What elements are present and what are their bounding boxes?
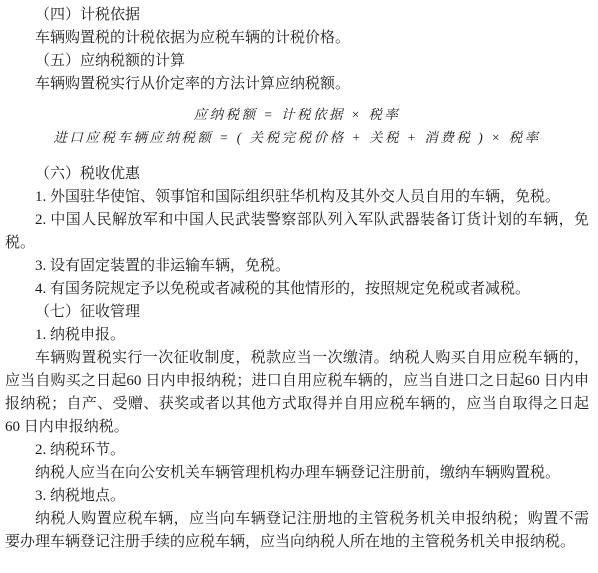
paragraph-ad-valorem-method: 车辆购置税实行从价定率的方法计算应纳税额。	[5, 73, 589, 96]
paragraph-exemption-item-3-fixed-device-vehicles: 3. 设有固定装置的非运输车辆，免税。	[5, 255, 589, 278]
section-heading-tax-incentives: （六）税收优惠	[5, 163, 589, 186]
paragraph-exemption-item-2-military: 2. 中国人民解放军和中国人民武装警察部队列入军队武器装备订货计划的车辆，免税。	[5, 209, 589, 255]
paragraph-item-2-taxation-stage-title: 2. 纳税环节。	[5, 439, 589, 462]
formula-block: 应纳税额 = 计税依据 × 税率 进口应税车辆应纳税额 = ( 关税完税价格 +…	[5, 96, 589, 163]
paragraph-item-3-tax-location-title: 3. 纳税地点。	[5, 485, 589, 508]
paragraph-exemption-item-4-state-council: 4. 有国务院规定予以免税或者减税的其他情形的，按照规定免税或者减税。	[5, 278, 589, 301]
paragraph-item-1-tax-declaration-title: 1. 纳税申报。	[5, 324, 589, 347]
paragraph-taxation-stage-detail: 纳税人应当在向公安机关车辆管理机构办理车辆登记注册前，缴纳车辆购置税。	[5, 462, 589, 485]
formula-imported-vehicle-tax-payable: 进口应税车辆应纳税额 = ( 关税完税价格 + 关税 + 消费税 ) × 税率	[5, 126, 589, 149]
formula-tax-payable: 应纳税额 = 计税依据 × 税率	[5, 103, 589, 126]
paragraph-tax-declaration-detail: 车辆购置税实行一次征收制度，税款应当一次缴清。纳税人购买自用应税车辆的，应当自购…	[5, 347, 589, 439]
paragraph-exemption-item-1-embassies: 1. 外国驻华使馆、领事馆和国际组织驻华机构及其外交人员自用的车辆，免税。	[5, 186, 589, 209]
section-heading-tax-payable-calculation: （五）应纳税额的计算	[5, 50, 589, 73]
section-heading-tax-basis: （四）计税依据	[5, 4, 589, 27]
document-page: （四）计税依据 车辆购置税的计税依据为应税车辆的计税价格。 （五）应纳税额的计算…	[0, 0, 598, 573]
paragraph-tax-basis: 车辆购置税的计税依据为应税车辆的计税价格。	[5, 27, 589, 50]
paragraph-tax-location-detail: 纳税人购置应税车辆，应当向车辆登记注册地的主管税务机关申报纳税；购置不需要办理车…	[5, 508, 589, 554]
section-heading-collection-administration: （七）征收管理	[5, 301, 589, 324]
